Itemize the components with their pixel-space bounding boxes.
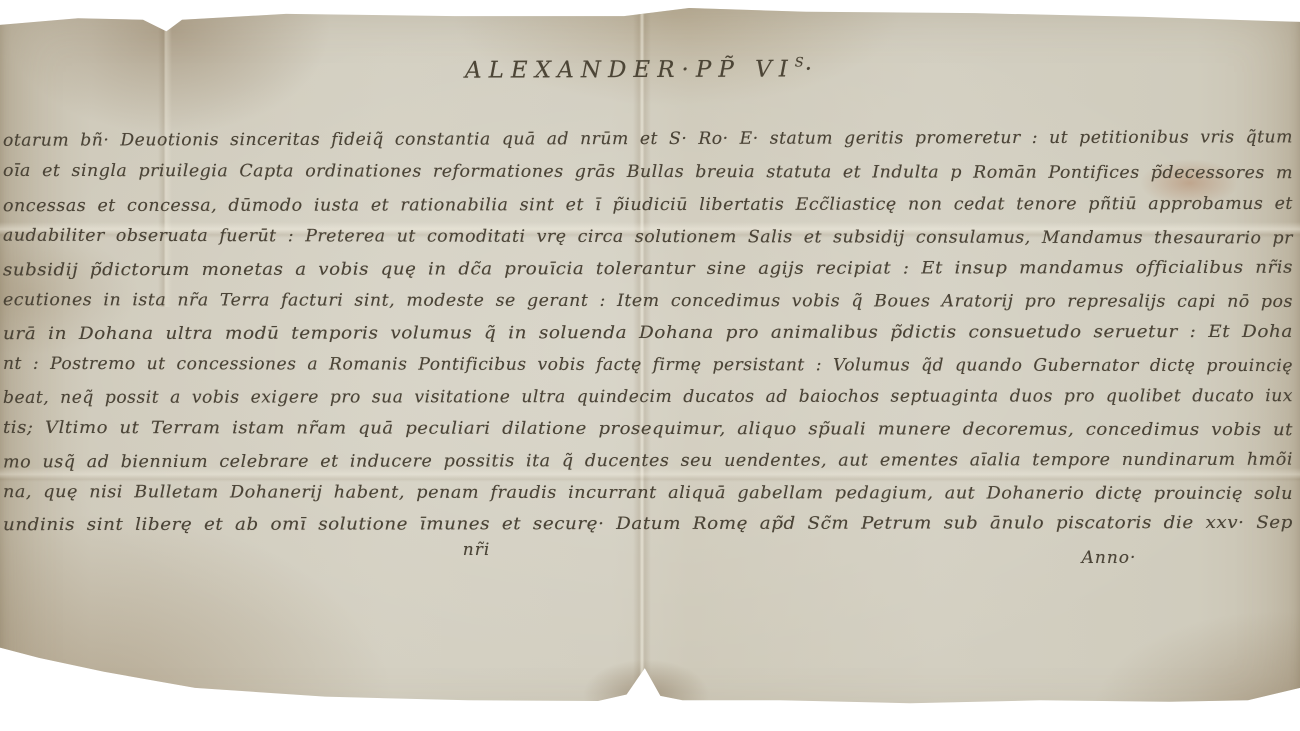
manuscript-line-1: otarum bñ· Deuotionis sinceritas fideiq̃… bbox=[3, 127, 1297, 160]
parchment-surface: ALEXANDER·PP̃ VIS· otarum bñ· Deuotionis… bbox=[0, 0, 1300, 731]
manuscript-line-2: oīa et singla priuilegia Capta ordinatio… bbox=[3, 161, 1297, 193]
footer-fragment-left: nr̃i bbox=[463, 540, 491, 560]
manuscript-line-3: oncessas et concessa, dūmodo iusta et ra… bbox=[3, 194, 1297, 226]
document-title: ALEXANDER·PP̃ VIS· bbox=[0, 54, 1292, 86]
manuscript-line-8: nt : Postremo ut concessiones a Romanis … bbox=[3, 354, 1297, 386]
manuscript-line-5: subsidij p̃dictorum monetas a vobis quę … bbox=[3, 258, 1297, 291]
manuscript-line-13: undinis sint liberę et ab omī solutione … bbox=[3, 513, 1297, 545]
manuscript-line-7: urā in Dohana ultra modū temporis volumu… bbox=[3, 322, 1297, 354]
manuscript-line-11: mo usq̃ ad biennium celebrare et inducer… bbox=[3, 450, 1297, 483]
title-trailing-dot: · bbox=[805, 56, 819, 82]
footer-fragment-right: Anno· bbox=[1082, 548, 1137, 568]
title-text: ALEXANDER·PP̃ VI bbox=[465, 56, 795, 83]
manuscript-line-4: audabiliter obseruata fuerūt : Preterea … bbox=[3, 226, 1297, 259]
manuscript-line-12: na, quę nisi Bulletam Dohanerij habent, … bbox=[3, 482, 1297, 514]
manuscript-line-9: beat, neq̃ possit a vobis exigere pro su… bbox=[3, 386, 1297, 418]
title-superscript: S bbox=[795, 55, 805, 70]
manuscript-line-10: tis; Vltimo ut Terram istam nr̃am quā pe… bbox=[3, 418, 1297, 450]
parchment-document: ALEXANDER·PP̃ VIS· otarum bñ· Deuotionis… bbox=[0, 0, 1300, 731]
photo-canvas: ALEXANDER·PP̃ VIS· otarum bñ· Deuotionis… bbox=[0, 0, 1300, 731]
manuscript-line-6: ecutiones in ista nr̃a Terra facturi sin… bbox=[3, 290, 1297, 322]
